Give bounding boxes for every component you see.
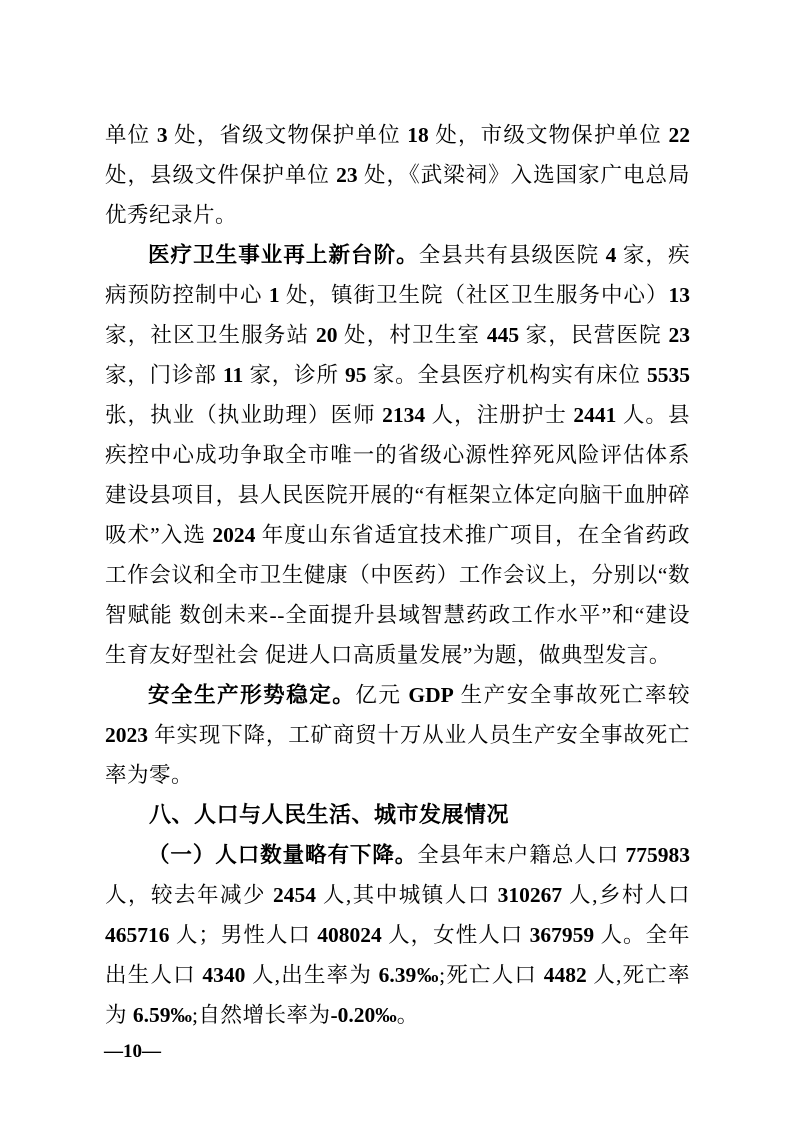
paragraph-medical-health: 医疗卫生事业再上新台阶。全县共有县级医院 4 家，疾病预防控制中心 1 处，镇街… — [105, 235, 690, 675]
page-body-text: 单位 3 处，省级文物保护单位 18 处，市级文物保护单位 22 处，县级文件保… — [105, 115, 690, 1035]
page-number: —10— — [104, 1032, 161, 1072]
paragraph-lead-bold: 安全生产形势稳定。 — [148, 683, 355, 707]
document-page: 单位 3 处，省级文物保护单位 18 处，市级文物保护单位 22 处，县级文件保… — [0, 0, 794, 1123]
paragraph-population: （一）人口数量略有下降。全县年末户籍总人口 775983 人，较去年减少 245… — [105, 835, 690, 1035]
paragraph-lead-bold: 医疗卫生事业再上新台阶。 — [148, 243, 419, 267]
paragraph-text: 单位 3 处，省级文物保护单位 18 处，市级文物保护单位 22 处，县级文件保… — [105, 123, 690, 227]
paragraph-text: 全县年末户籍总人口 775983 人，较去年减少 2454 人,其中城镇人口 3… — [105, 843, 690, 1027]
section-heading-population: 八、人口与人民生活、城市发展情况 — [105, 795, 690, 835]
paragraph-work-safety: 安全生产形势稳定。亿元 GDP 生产安全事故死亡率较 2023 年实现下降，工矿… — [105, 675, 690, 795]
paragraph-cultural-relics: 单位 3 处，省级文物保护单位 18 处，市级文物保护单位 22 处，县级文件保… — [105, 115, 690, 235]
paragraph-lead-bold: （一）人口数量略有下降。 — [148, 843, 417, 867]
paragraph-text: 全县共有县级医院 4 家，疾病预防控制中心 1 处，镇街卫生院（社区卫生服务中心… — [105, 243, 690, 667]
